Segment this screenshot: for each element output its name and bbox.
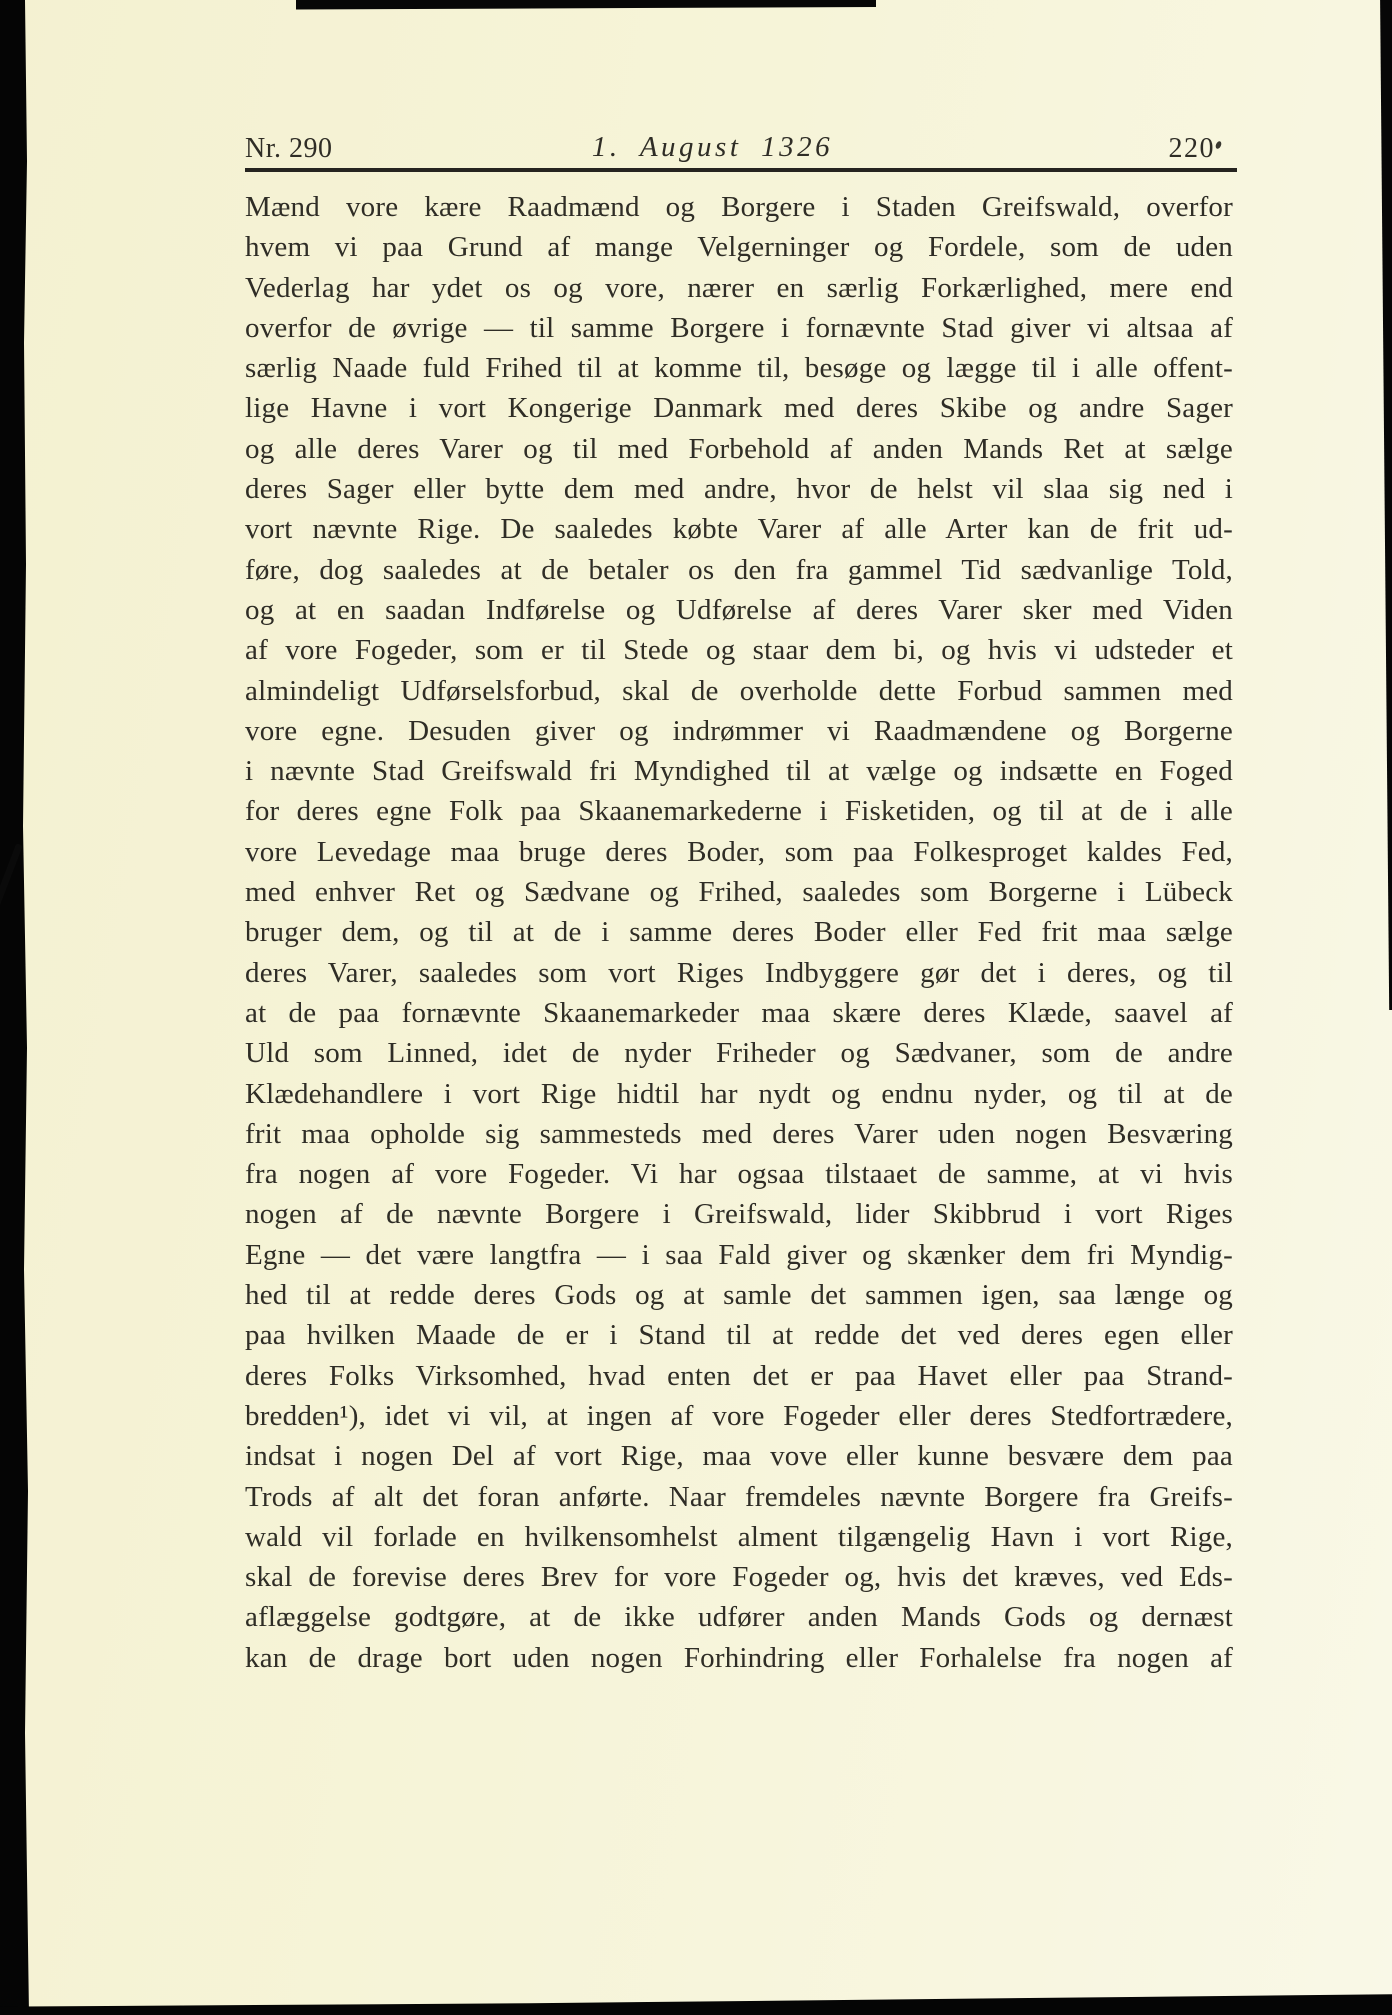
body-text-line: nogen af de nævnte Borgere i Greifswald,… — [245, 1194, 1233, 1234]
body-text-line: for deres egne Folk paa Skaanemarkederne… — [245, 791, 1233, 831]
body-text-line: at de paa fornævnte Skaanemarkeder maa s… — [245, 993, 1233, 1033]
body-text-line: Egne — det være langtfra — i saa Fald gi… — [245, 1235, 1233, 1275]
body-text-line: indsat i nogen Del af vort Rige, maa vov… — [245, 1436, 1233, 1476]
page-number: 220 — [1169, 133, 1216, 165]
body-text-line: deres Varer, saaledes som vort Riges Ind… — [245, 953, 1233, 993]
body-text-line: paa hvilken Maade de er i Stand til at r… — [245, 1315, 1233, 1355]
header-rule — [245, 168, 1237, 172]
scanned-book-page: Nr. 290 1. August 1326 220 Mænd vore kær… — [0, 0, 1392, 2015]
body-text-line: føre, dog saaledes at de betaler os den … — [245, 550, 1233, 590]
body-text-line: skal de forevise deres Brev for vore Fog… — [245, 1557, 1233, 1597]
document-date-heading: 1. August 1326 — [245, 131, 1180, 164]
body-text-line: Vederlag har ydet os og vore, nærer en s… — [245, 268, 1233, 308]
body-text-line: særlig Naade fuld Frihed til at komme ti… — [245, 348, 1233, 388]
body-text-line: af vore Fogeder, som er til Stede og sta… — [245, 630, 1233, 670]
body-text-line: overfor de øvrige — til samme Borgere i … — [245, 308, 1233, 348]
body-text-line: hed til at redde deres Gods og at samle … — [245, 1275, 1233, 1315]
body-text-line: vore egne. Desuden giver og indrømmer vi… — [245, 711, 1233, 751]
body-text-line: Uld som Linned, idet de nyder Friheder o… — [245, 1033, 1233, 1073]
body-text-line: Klædehandlere i vort Rige hidtil har nyd… — [245, 1074, 1233, 1114]
body-text-line: deres Sager eller bytte dem med andre, h… — [245, 469, 1233, 509]
body-text-line: deres Folks Virksomhed, hvad enten det e… — [245, 1356, 1233, 1396]
body-text-line: almindeligt Udførselsforbud, skal de ove… — [245, 671, 1233, 711]
body-text-line: aflæggelse godtgøre, at de ikke udfører … — [245, 1597, 1233, 1637]
body-text-line: i nævnte Stad Greifswald fri Myndighed t… — [245, 751, 1233, 791]
scan-edge-top — [296, 0, 876, 10]
body-text-line: og alle deres Varer og til med Forbehold… — [245, 429, 1233, 469]
body-text: Mænd vore kære Raadmænd og Borgere i Sta… — [245, 187, 1233, 1678]
body-text-line: fra nogen af vore Fogeder. Vi har ogsaa … — [245, 1154, 1233, 1194]
body-text-line: Mænd vore kære Raadmænd og Borgere i Sta… — [245, 187, 1233, 227]
body-text-line: og at en saadan Indførelse og Udførelse … — [245, 590, 1233, 630]
scan-edge-right — [1378, 0, 1392, 1010]
body-text-line: vore Levedage maa bruge deres Boder, som… — [245, 832, 1233, 872]
body-text-line: frit maa opholde sig sammesteds med dere… — [245, 1114, 1233, 1154]
page-header: Nr. 290 1. August 1326 220 — [245, 133, 1235, 167]
body-text-line: bruger dem, og til at de i samme deres B… — [245, 912, 1233, 952]
scan-edge-bottom — [0, 1989, 1392, 2015]
scan-edge-left — [0, 0, 30, 2015]
body-text-line: kan de drage bort uden nogen Forhindring… — [245, 1638, 1233, 1678]
body-text-line: wald vil forlade en hvilkensomhelst alme… — [245, 1517, 1233, 1557]
body-text-line: lige Havne i vort Kongerige Danmark med … — [245, 388, 1233, 428]
body-text-line: vort nævnte Rige. De saaledes købte Vare… — [245, 509, 1233, 549]
body-text-line: hvem vi paa Grund af mange Velgerninger … — [245, 227, 1233, 267]
body-text-line: Trods af alt det foran anførte. Naar fre… — [245, 1477, 1233, 1517]
body-text-line: bredden¹), idet vi vil, at ingen af vore… — [245, 1396, 1233, 1436]
body-text-line: med enhver Ret og Sædvane og Frihed, saa… — [245, 872, 1233, 912]
